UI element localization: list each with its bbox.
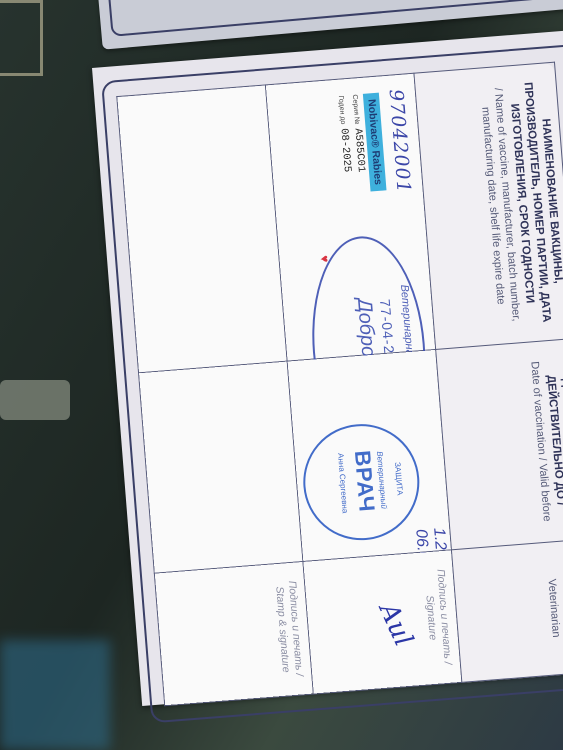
signature-label: Подпись и печать / Signature [419,558,454,676]
signature-label: Подпись и печать / Stamp & signature [271,570,306,688]
batch-number: A585C01 [351,128,366,173]
batch-label: Серия № [351,94,360,124]
vet-cell: Подпись и печать / Stamp & signature [154,561,313,706]
vaccination-table: НАИМЕНОВАНИЕ ВАКЦИНЫ, ПРОИЗВОДИТЕЛЬ, НОМ… [116,62,563,707]
vaccination-section: IV.ВАКЦИНАЦИЯ ПРОТИВ БЕШЕНСТВА / VACCINA… [101,43,563,723]
heart-icon: ♥ [317,255,332,263]
header-vaccine: НАИМЕНОВАНИЕ ВАКЦИНЫ, ПРОИЗВОДИТЕЛЬ, НОМ… [414,62,563,349]
signature: Aul [373,598,418,650]
vet-stamp-top: ЗАЩИТА [389,423,407,535]
background-object [0,640,110,750]
background-object [0,0,43,76]
handwritten-code: 97042001 [384,88,414,194]
expiry-label: Годен до [337,95,346,124]
vet-stamp: ЗАЩИТА Ветеринарный ВРАЧ Анна Сергеевна [299,419,424,544]
header-vet: ВЕТЕРИНАРНЫЙ ВРАЧ / Veterinarian [451,538,563,682]
header-date: ДАТА ВАКЦИНАЦИИ / ДЕЙСТВИТЕЛЬНО ДО / Dat… [435,338,563,549]
date-cell: 1.2 06.02 ЗАЩИТА Ветеринарный ВРАЧ Анна … [287,349,451,561]
passport-page: IV.ВАКЦИНАЦИЯ ПРОТИВ БЕШЕНСТВА / VACCINA… [92,27,563,706]
vaccine-sticker: Nobivac® Rabies Серия №A585C01 Годен до0… [335,93,391,246]
expiry-date: 08-2025 [337,128,352,173]
vaccine-cell [117,85,287,372]
vaccine-cell: 97042001 Nobivac® Rabies Серия №A585C01 … [265,73,435,360]
background-object [0,380,70,420]
previous-page-frame [105,0,563,37]
vet-cell: Подпись и печать / Signature Aul [303,549,462,694]
date-cell [139,361,303,573]
